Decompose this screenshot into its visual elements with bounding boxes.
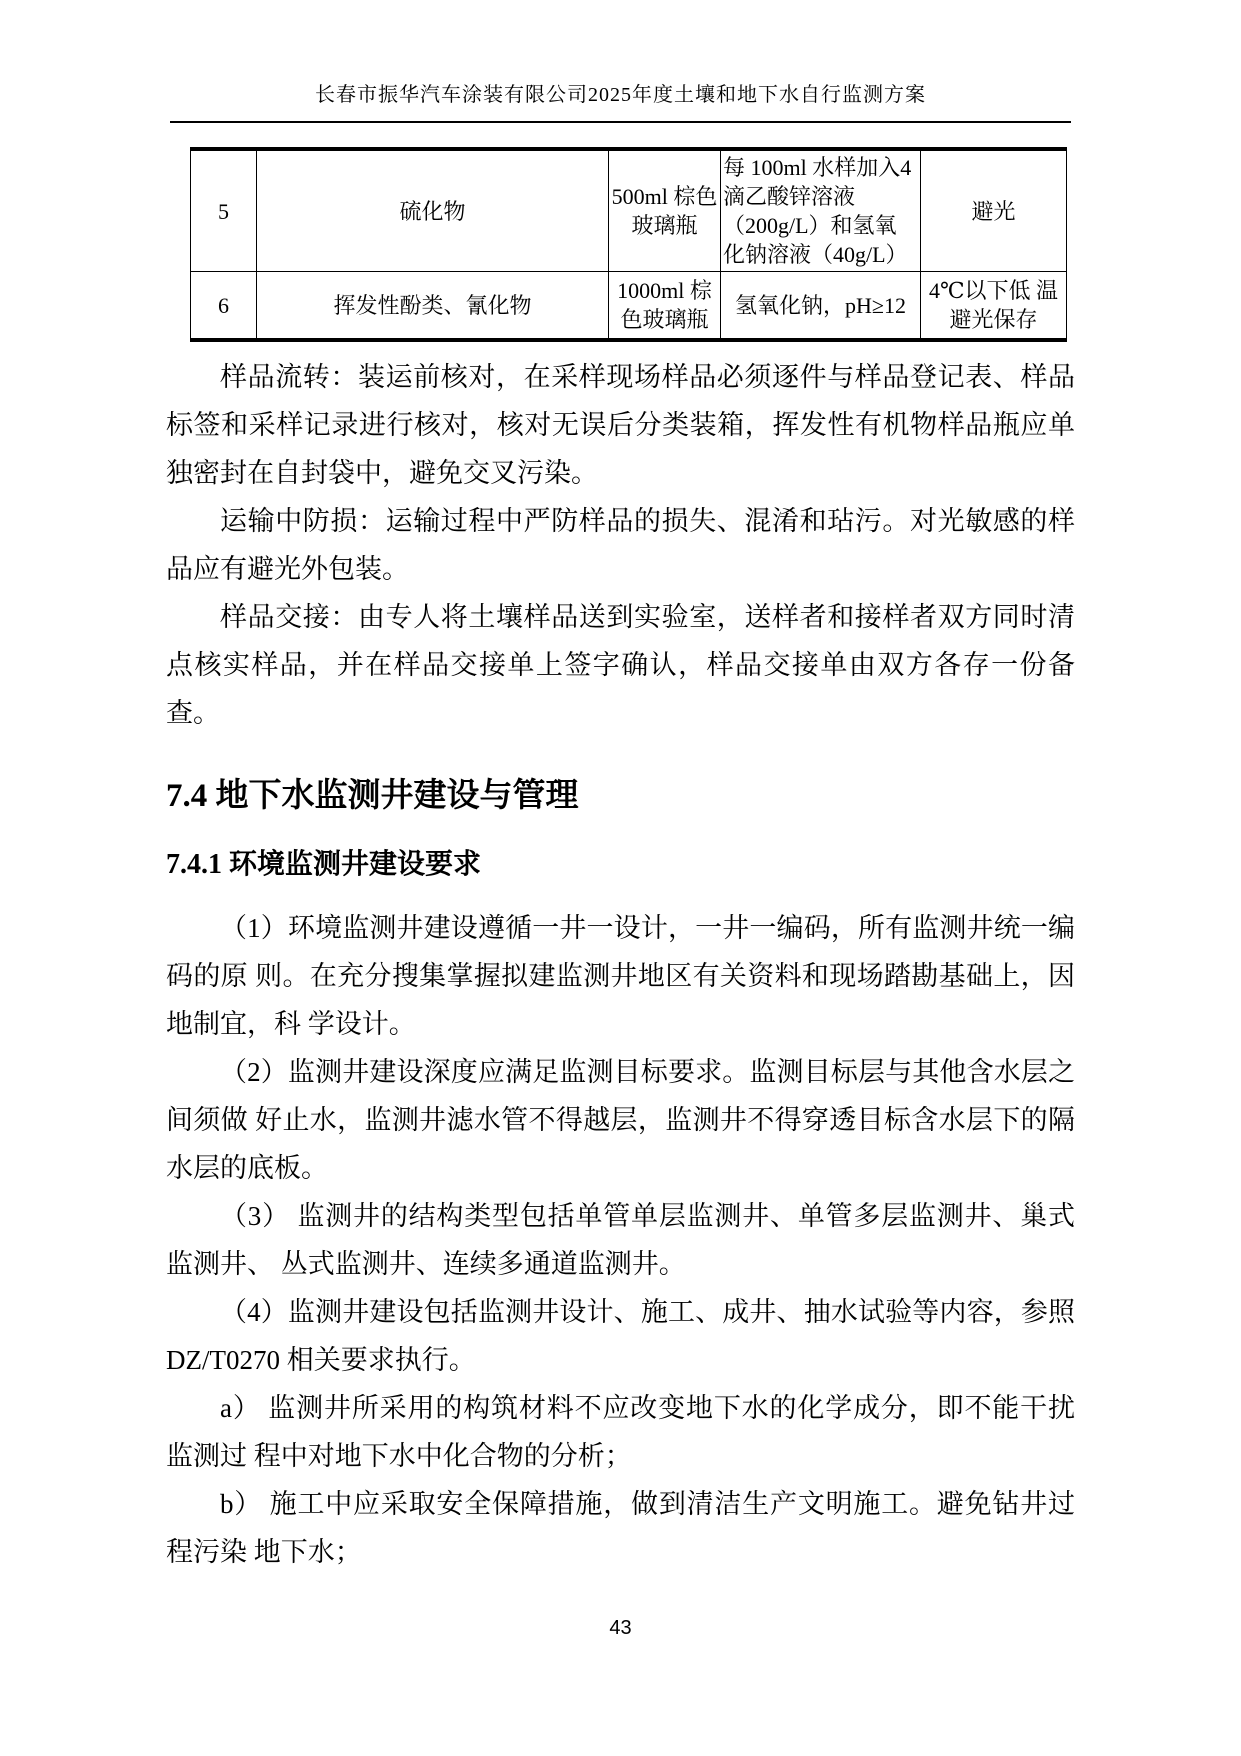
cell-container-type: 1000ml 棕色玻璃瓶 xyxy=(609,272,721,341)
table-row: 6 挥发性酚类、氰化物 1000ml 棕色玻璃瓶 氢氧化钠，pH≥12 4℃以下… xyxy=(191,272,1067,341)
list-paragraph-a: a） 监测井所采用的构筑材料不应改变地下水的化学成分，即不能干扰监测过 程中对地… xyxy=(166,1384,1075,1480)
paragraph-sample-transfer: 样品流转：装运前核对，在采样现场样品必须逐件与样品登记表、样品标签和采样记录进行… xyxy=(166,353,1075,497)
section-heading-7-4: 7.4 地下水监测井建设与管理 xyxy=(166,772,1075,820)
cell-item-name: 挥发性酚类、氰化物 xyxy=(257,272,609,341)
header-rule xyxy=(170,121,1071,123)
cell-storage-condition: 避光 xyxy=(921,149,1067,272)
subsection-heading-7-4-1: 7.4.1 环境监测井建设要求 xyxy=(166,841,1075,889)
document-body: 样品流转：装运前核对，在采样现场样品必须逐件与样品登记表、样品标签和采样记录进行… xyxy=(166,353,1075,1576)
page-header-title: 长春市振华汽车涂装有限公司2025年度土壤和地下水自行监测方案 xyxy=(166,82,1075,108)
document-page: 长春市振华汽车涂装有限公司2025年度土壤和地下水自行监测方案 5 硫化物 50… xyxy=(0,0,1241,1756)
list-paragraph-b: b） 施工中应采取安全保障措施，做到清洁生产文明施工。避免钻井过程污染 地下水； xyxy=(166,1480,1075,1576)
cell-storage-condition: 4℃以下低 温避光保存 xyxy=(921,272,1067,341)
list-paragraph-4: （4）监测井建设包括监测井设计、施工、成井、抽水试验等内容，参照 DZ/T027… xyxy=(166,1288,1075,1384)
cell-container-type: 500ml 棕色玻璃瓶 xyxy=(609,149,721,272)
cell-preservation-method: 每 100ml 水样加入4 滴乙酸锌溶液 （200g/L）和氢氧 化钠溶液（40… xyxy=(721,149,921,272)
paragraph-sample-handover: 样品交接：由专人将土壤样品送到实验室，送样者和接样者双方同时清点核实样品，并在样… xyxy=(166,593,1075,737)
cell-row-number: 5 xyxy=(191,149,257,272)
sample-container-table: 5 硫化物 500ml 棕色玻璃瓶 每 100ml 水样加入4 滴乙酸锌溶液 （… xyxy=(190,147,1067,342)
table-row: 5 硫化物 500ml 棕色玻璃瓶 每 100ml 水样加入4 滴乙酸锌溶液 （… xyxy=(191,149,1067,272)
paragraph-transport-protection: 运输中防损：运输过程中严防样品的损失、混淆和玷污。对光敏感的样品应有避光外包装。 xyxy=(166,497,1075,593)
cell-row-number: 6 xyxy=(191,272,257,341)
list-paragraph-2: （2）监测井建设深度应满足监测目标要求。监测目标层与其他含水层之间须做 好止水，… xyxy=(166,1048,1075,1192)
list-paragraph-3: （3） 监测井的结构类型包括单管单层监测井、单管多层监测井、巢式监测井、 丛式监… xyxy=(166,1192,1075,1288)
cell-preservation-method: 氢氧化钠，pH≥12 xyxy=(721,272,921,341)
list-paragraph-1: （1）环境监测井建设遵循一井一设计，一井一编码，所有监测井统一编码的原 则。在充… xyxy=(166,904,1075,1048)
cell-item-name: 硫化物 xyxy=(257,149,609,272)
page-number: 43 xyxy=(166,1616,1075,1640)
